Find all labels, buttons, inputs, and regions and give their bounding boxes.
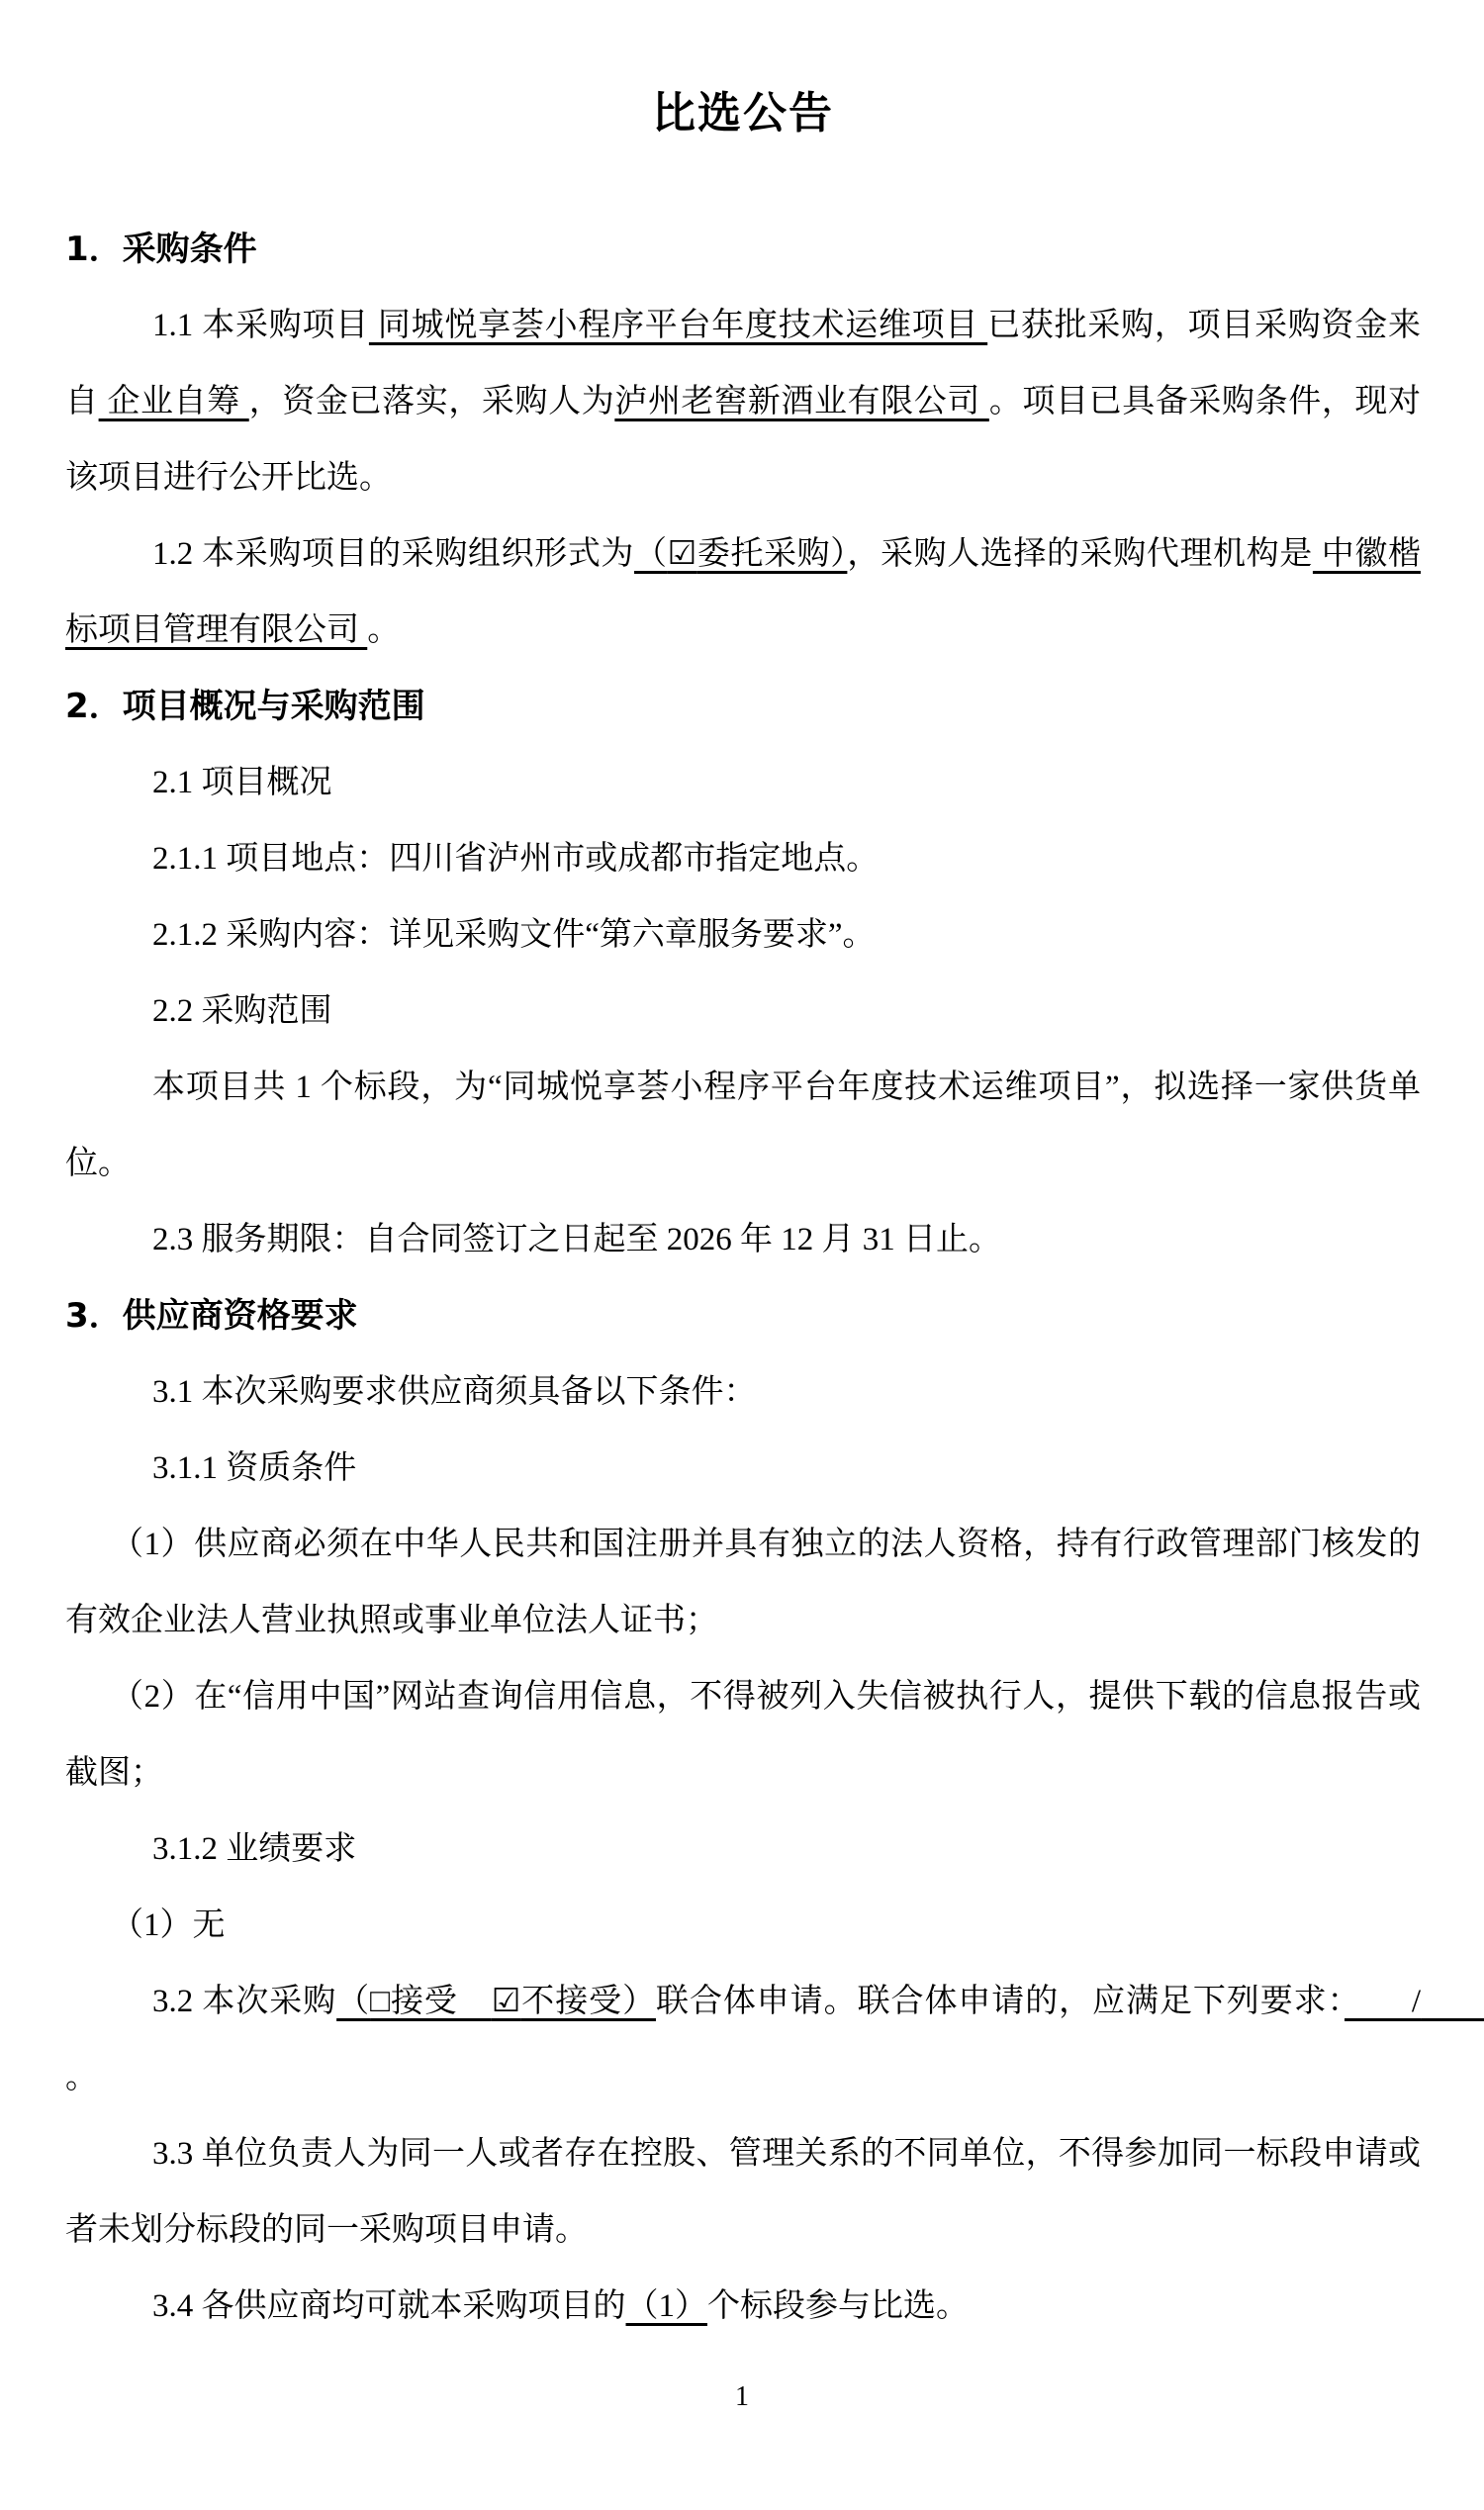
text-run: 个标段参与比选。 bbox=[707, 2288, 969, 2324]
paragraph: 3.4 各供应商均可就本采购项目的（1）个标段参与比选。 bbox=[65, 2269, 1421, 2345]
checkbox-checked-icon: ☑ bbox=[492, 1984, 521, 2019]
text-run: 3.3 单位负责人为同一人或者存在控股、管理关系的不同单位，不得参加同一标段申请… bbox=[65, 2136, 1421, 2248]
text-run: 3．供应商资格要求 bbox=[65, 1296, 358, 1336]
text-run: 本项目共 1 个标段，为“同城悦享荟小程序平台年度技术运维项目”，拟选择一家供货… bbox=[65, 1069, 1421, 1181]
text-run: 联合体申请。联合体申请的，应满足下列要求： bbox=[656, 1984, 1345, 2019]
underlined-field: （ bbox=[336, 1984, 370, 2019]
text-run: 1．采购条件 bbox=[65, 230, 257, 269]
paragraph: 3.2 本次采购（□接受 ☑不接受）联合体申请。联合体申请的，应满足下列要求： … bbox=[65, 1964, 1421, 2116]
underlined-field: 同城悦享荟小程序平台年度技术运维项目 bbox=[369, 308, 987, 343]
text-run: ，资金已落实，采购人为 bbox=[249, 384, 615, 419]
underlined-field: 不接受） bbox=[520, 1984, 656, 2019]
underlined-field: 泸州老窖新酒业有限公司 bbox=[614, 384, 988, 419]
text-run: 2.1.2 采购内容：详见采购文件“第六章服务要求”。 bbox=[152, 917, 876, 953]
paragraph: 3.1 本次采购要求供应商须具备以下条件： bbox=[65, 1354, 1421, 1431]
text-run: 1.2 本采购项目的采购组织形式为 bbox=[152, 536, 634, 572]
text-run: 3.1 本次采购要求供应商须具备以下条件： bbox=[152, 1374, 757, 1410]
underlined-field: （ bbox=[634, 536, 668, 572]
paragraph: 2.1.1 项目地点：四川省泸州市或成都市指定地点。 bbox=[65, 821, 1421, 897]
underlined-field: 企业自筹 bbox=[99, 384, 249, 419]
paragraph: 2.1.2 采购内容：详见采购文件“第六章服务要求”。 bbox=[65, 897, 1421, 974]
paragraph: （2）在“信用中国”网站查询信用信息，不得被列入失信被执行人，提供下载的信息报告… bbox=[65, 1659, 1421, 1812]
paragraph: 1.1 本采购项目 同城悦享荟小程序平台年度技术运维项目 已获批采购，项目采购资… bbox=[65, 288, 1421, 516]
section-heading: 1．采购条件 bbox=[65, 212, 1421, 288]
text-run: 2.2 采购范围 bbox=[152, 993, 332, 1029]
text-run: 3.4 各供应商均可就本采购项目的 bbox=[152, 2288, 626, 2324]
text-run: 。 bbox=[367, 612, 400, 648]
text-run: 3.1.2 业绩要求 bbox=[152, 1831, 356, 1867]
text-run: 2.1.1 项目地点：四川省泸州市或成都市指定地点。 bbox=[152, 841, 879, 877]
paragraph: （1）无 bbox=[65, 1888, 1421, 1964]
underlined-field: （1） bbox=[626, 2288, 708, 2324]
text-run: 2.1 项目概况 bbox=[152, 765, 332, 800]
underlined-field: / bbox=[1345, 1984, 1484, 2019]
text-run: 3.2 本次采购 bbox=[152, 1984, 336, 2019]
paragraph: 3.1.2 业绩要求 bbox=[65, 1812, 1421, 1888]
paragraph: 3.3 单位负责人为同一人或者存在控股、管理关系的不同单位，不得参加同一标段申请… bbox=[65, 2116, 1421, 2269]
document-title: 比选公告 bbox=[65, 69, 1421, 158]
document-body: 1．采购条件1.1 本采购项目 同城悦享荟小程序平台年度技术运维项目 已获批采购… bbox=[65, 212, 1421, 2345]
underlined-field: 委托采购） bbox=[696, 536, 847, 572]
checkbox-checked-icon: ☑ bbox=[668, 536, 697, 572]
underlined-field: 接受 bbox=[391, 1984, 492, 2019]
text-run: 。 bbox=[65, 2060, 98, 2095]
paragraph: （1）供应商必须在中华人民共和国注册并具有独立的法人资格，持有行政管理部门核发的… bbox=[65, 1507, 1421, 1659]
text-run: 2.3 服务期限：自合同签订之日起至 2026 年 12 月 31 日止。 bbox=[152, 1222, 1001, 1257]
checkbox-unchecked-icon: □ bbox=[370, 1984, 391, 2019]
text-run: （2）在“信用中国”网站查询信用信息，不得被列入失信被执行人，提供下载的信息报告… bbox=[65, 1679, 1421, 1791]
section-heading: 2．项目概况与采购范围 bbox=[65, 669, 1421, 745]
text-run: ，采购人选择的采购代理机构是 bbox=[847, 536, 1313, 572]
text-run: 3.1.1 资质条件 bbox=[152, 1450, 356, 1486]
text-run: （1）供应商必须在中华人民共和国注册并具有独立的法人资格，持有行政管理部门核发的… bbox=[65, 1527, 1421, 1638]
paragraph: 1.2 本采购项目的采购组织形式为（☑委托采购），采购人选择的采购代理机构是 中… bbox=[65, 516, 1421, 669]
paragraph: 2.3 服务期限：自合同签订之日起至 2026 年 12 月 31 日止。 bbox=[65, 1202, 1421, 1278]
text-run: （1）无 bbox=[111, 1907, 226, 1943]
text-run: 2．项目概况与采购范围 bbox=[65, 687, 425, 726]
text-run: 1.1 本采购项目 bbox=[152, 308, 369, 343]
document-page: 比选公告 1．采购条件1.1 本采购项目 同城悦享荟小程序平台年度技术运维项目 … bbox=[0, 0, 1484, 2510]
section-heading: 3．供应商资格要求 bbox=[65, 1278, 1421, 1354]
page-number: 1 bbox=[0, 2382, 1484, 2412]
paragraph: 2.1 项目概况 bbox=[65, 745, 1421, 821]
paragraph: 2.2 采购范围 bbox=[65, 974, 1421, 1050]
paragraph: 本项目共 1 个标段，为“同城悦享荟小程序平台年度技术运维项目”，拟选择一家供货… bbox=[65, 1050, 1421, 1202]
paragraph: 3.1.1 资质条件 bbox=[65, 1431, 1421, 1507]
